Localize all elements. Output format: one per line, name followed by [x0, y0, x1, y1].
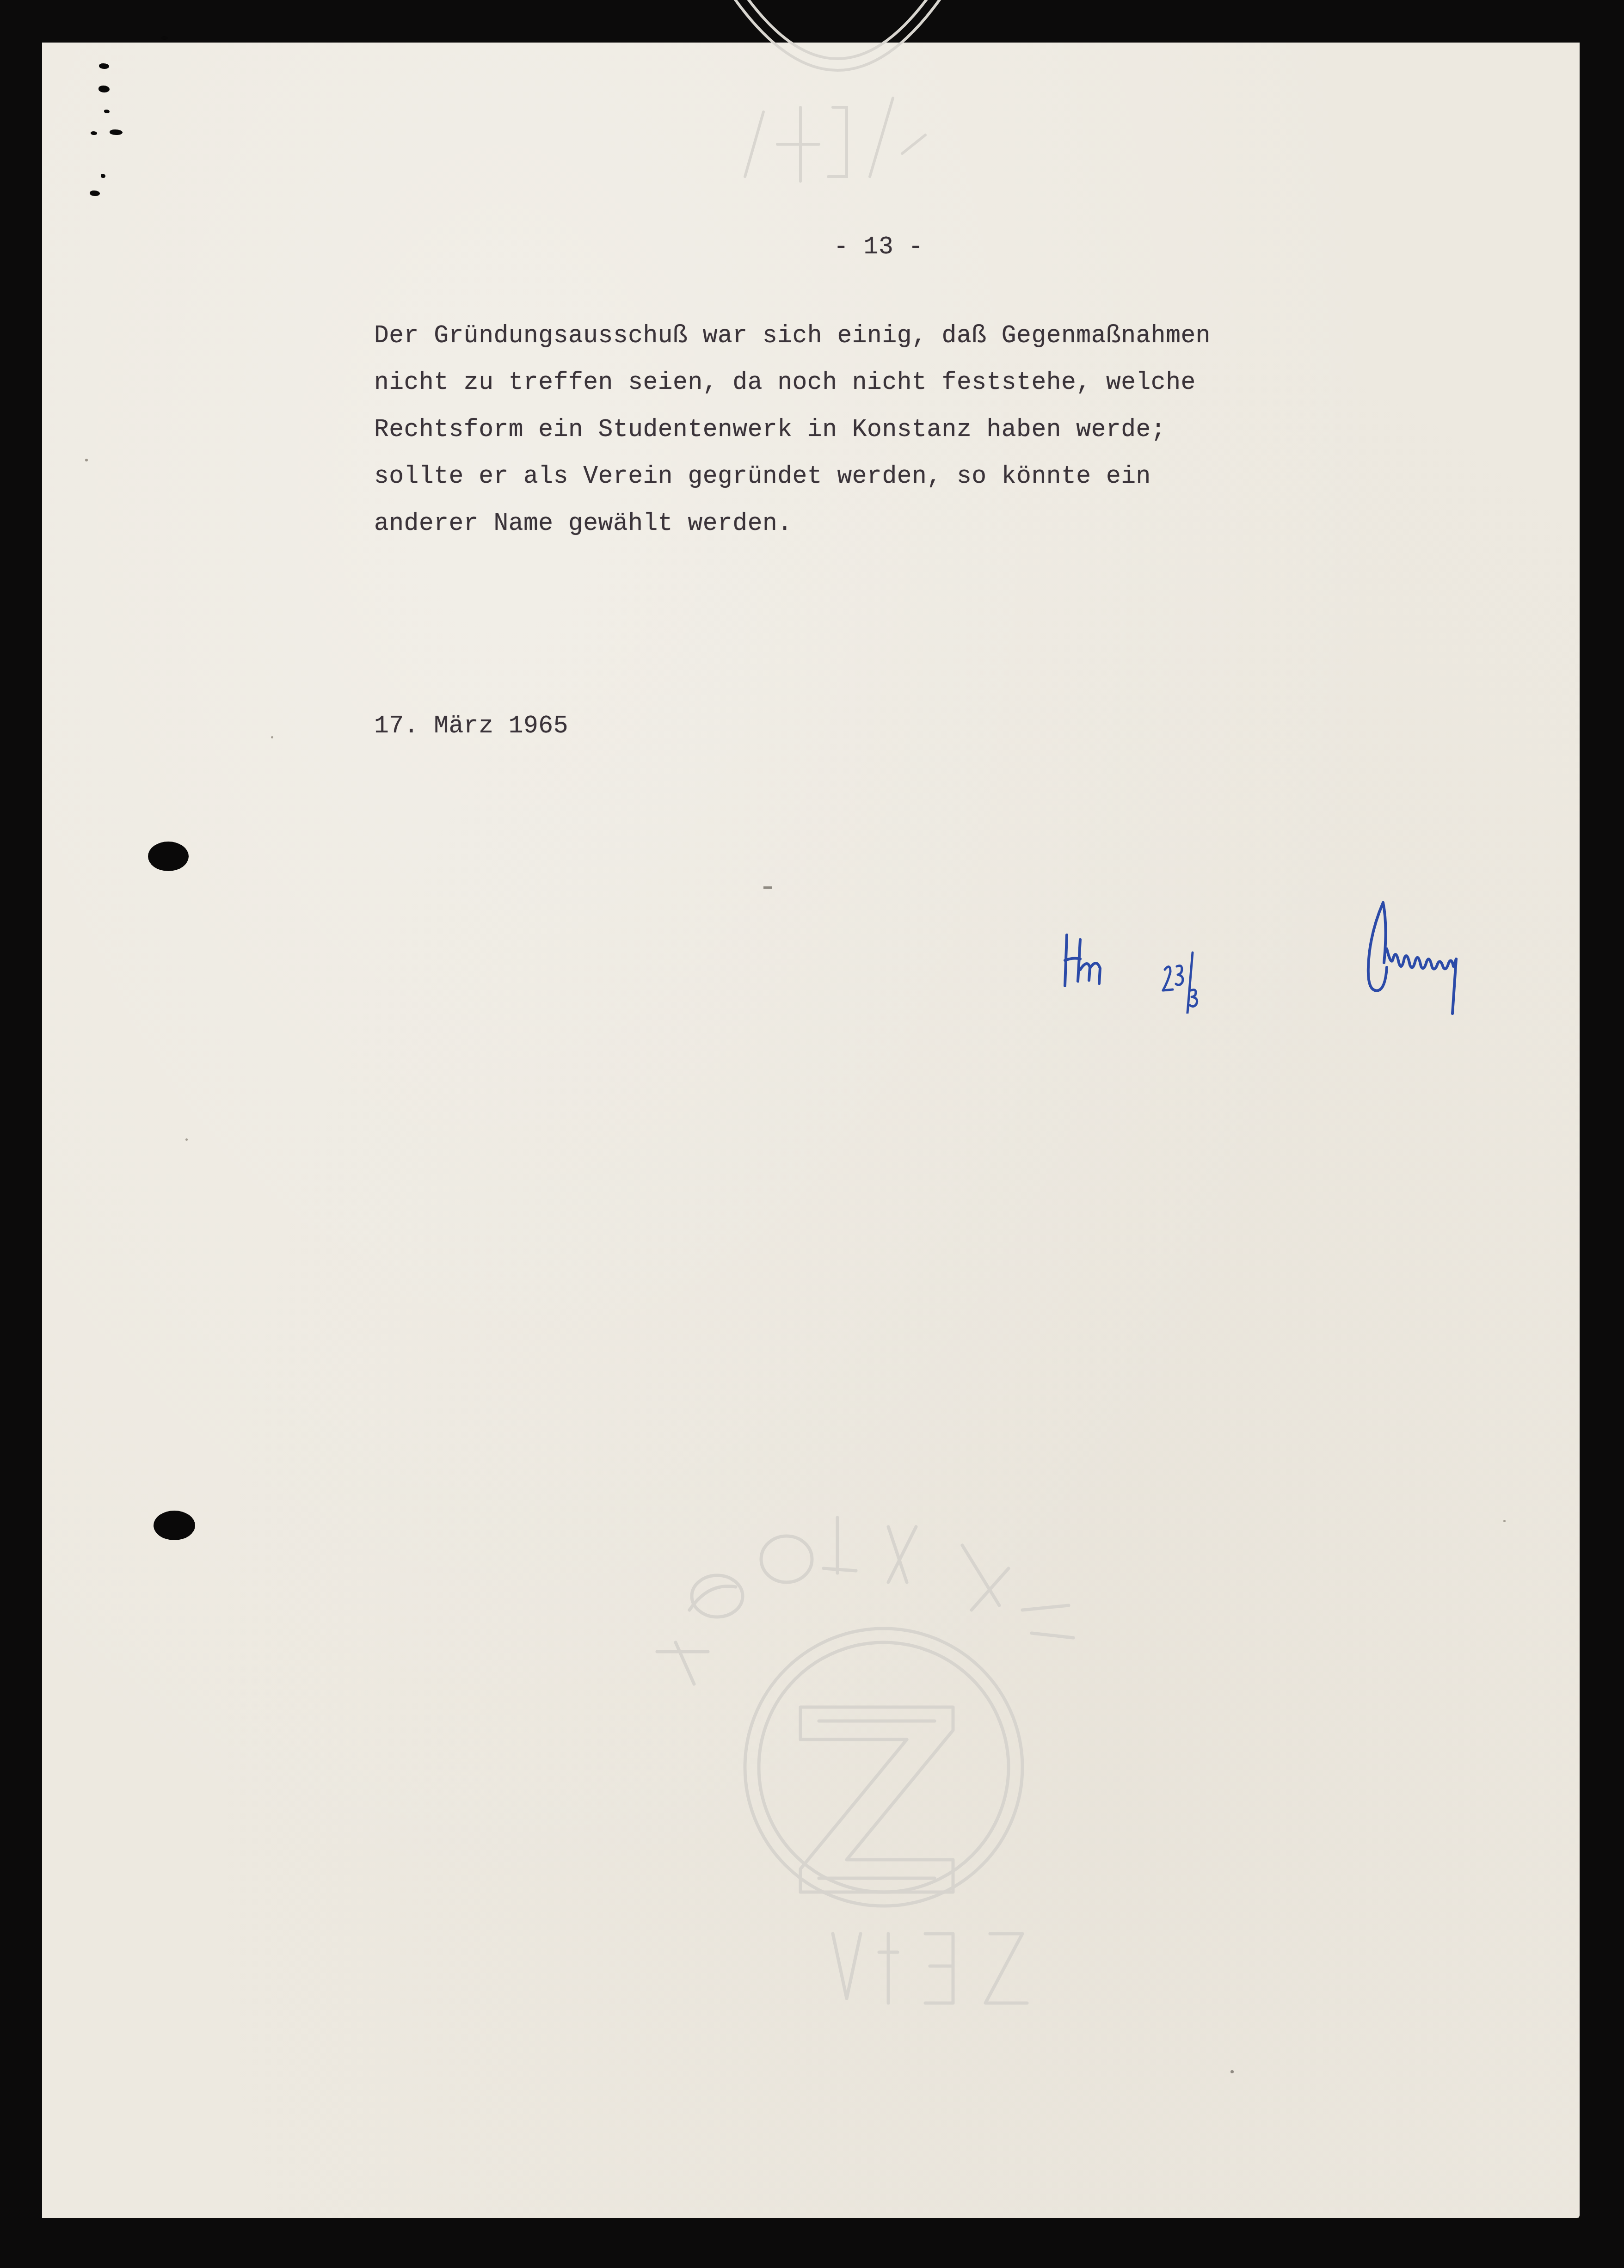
document-page: - 13 - Der Gründungsausschuß war sich ei…	[42, 43, 1580, 2218]
staple-hole-mark	[161, 36, 168, 40]
staple-hole-mark	[110, 129, 123, 135]
watermark-top-icon	[708, 0, 967, 200]
handwritten-date-note-icon	[1161, 944, 1212, 1014]
handwritten-initials-icon	[1059, 926, 1133, 990]
dust-speck	[185, 1138, 188, 1141]
body-text-line: sollte er als Verein gegründet werden, s…	[374, 462, 1151, 490]
document-date: 17. März 1965	[374, 712, 568, 740]
staple-hole-mark	[98, 86, 110, 92]
staple-hole-mark	[99, 63, 109, 69]
staple-hole-mark	[101, 174, 105, 178]
punch-hole	[154, 1511, 195, 1540]
staple-hole-mark	[90, 191, 100, 196]
dust-speck	[1503, 1520, 1506, 1522]
staple-hole-mark	[91, 131, 97, 135]
page-number: - 13 -	[834, 233, 923, 261]
body-text-line: anderer Name gewählt werden.	[374, 510, 793, 537]
dust-speck	[1230, 2070, 1234, 2073]
body-text-line: Der Gründungsausschuß war sich einig, da…	[374, 322, 1211, 350]
staple-hole-mark	[104, 110, 110, 113]
signature-icon	[1351, 898, 1526, 1018]
dust-speck	[85, 459, 88, 461]
dust-speck	[271, 736, 273, 738]
dust-speck	[763, 886, 772, 889]
body-text-line: nicht zu treffen seien, da noch nicht fe…	[374, 369, 1196, 396]
body-text-line: Rechtsform ein Studentenwerk in Konstanz…	[374, 416, 1166, 443]
punch-hole	[148, 842, 189, 871]
watermark-zeta-logo-icon	[629, 1490, 1138, 2035]
